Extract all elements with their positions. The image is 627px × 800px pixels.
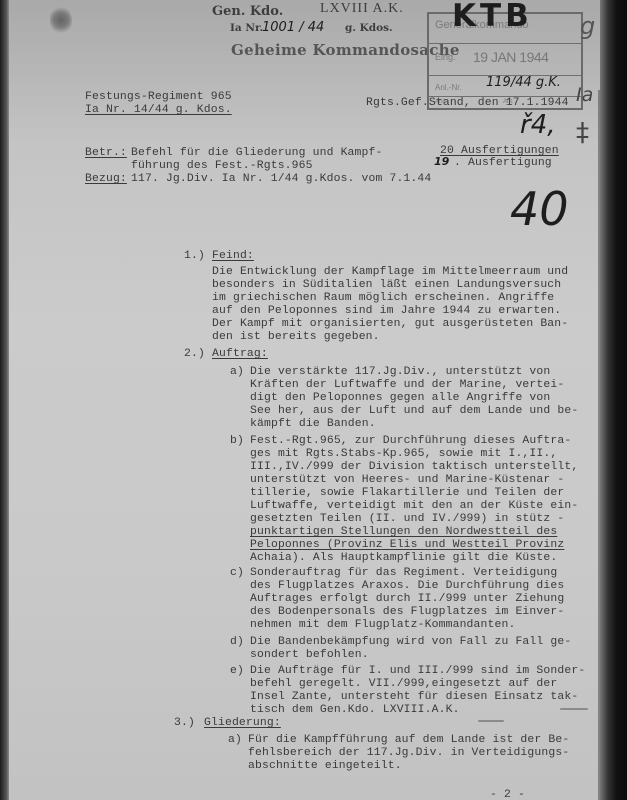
item-line: Die Aufträge für I. und III./999 sind im… xyxy=(250,665,585,678)
section-2-number: 2.) xyxy=(184,348,205,361)
item-line: Insel Zante, untersteht für diesen Einsa… xyxy=(250,691,578,704)
item-line: ges mit Rgts.Stabs-Kp.965, sowie mit I.,… xyxy=(250,448,557,461)
page-count-mark: 40 xyxy=(510,182,569,236)
item-line: Kräften der Luftwaffe und der Marine, ve… xyxy=(250,379,564,392)
item-letter: a) xyxy=(228,734,242,747)
item-line: unterstützt von Heeres- und Marine-Küste… xyxy=(250,474,564,487)
ref-suffix: g. Kdos. xyxy=(345,22,393,34)
betr-line1: Befehl für die Gliederung und Kampf- xyxy=(131,147,382,160)
page-number: - 2 - xyxy=(490,789,525,800)
item-line: Peloponnes (Provinz Elis und Westteil Pr… xyxy=(250,539,564,552)
item-line: Die Bandenbekämpfung wird von Fall zu Fa… xyxy=(250,636,571,649)
paraph-mark: ř4, xyxy=(520,110,556,140)
stamp-date-label: Eing. xyxy=(435,52,456,62)
scan-edge xyxy=(600,0,627,800)
copy-number-handwritten: 19 xyxy=(434,155,449,168)
ref-prefix: Ia Nr. xyxy=(230,22,263,34)
item-line: Für die Kampfführung auf dem Lande ist d… xyxy=(248,734,569,747)
item-line: Sonderauftrag für das Regiment. Verteidi… xyxy=(250,567,557,580)
section-1-line: Der Kampf mit organisierten, gut ausgerü… xyxy=(212,318,568,331)
item-line: See her, aus der Luft und auf dem Lande … xyxy=(250,405,578,418)
item-letter: b) xyxy=(230,435,244,448)
item-line: Die verstärkte 117.Jg.Div., unterstützt … xyxy=(250,366,550,379)
section-1-title: Feind: xyxy=(212,250,254,263)
item-line: kämpft die Banden. xyxy=(250,418,376,431)
betr-label: Betr.: xyxy=(85,147,127,160)
ink-smudge xyxy=(560,708,588,710)
item-line: digt den Peloponnes gegen alle Angriffe … xyxy=(250,392,550,405)
item-line: des Flugplatzes Araxos. Die Durchführung… xyxy=(250,580,564,593)
betr-line2: führung des Fest.-Rgts.965 xyxy=(131,160,313,173)
section-1-line: Die Entwicklung der Kampflage im Mittelm… xyxy=(212,266,568,279)
section-3-number: 3.) xyxy=(174,717,195,730)
item-line: des Bodenpersonals des Flugplatzes im Ei… xyxy=(250,606,564,619)
place-date: Rgts.Gef.Stand, den 17.1.1944 xyxy=(366,97,569,110)
corps-designation: LXVIII A.K. xyxy=(320,1,404,17)
stamp-number-handwritten: 119/44 g.K. xyxy=(486,75,561,90)
section-1-line: im griechischen Raum möglich erscheinen.… xyxy=(212,292,554,305)
section-1-line: den ist bereits gegeben. xyxy=(212,331,380,344)
classification-stamp: Geheime Kommandosache xyxy=(231,41,460,59)
item-line: Luftwaffe, verteidigt mit den an der Küs… xyxy=(250,500,578,513)
item-letter: d) xyxy=(230,636,244,649)
item-line: Fest.-Rgt.965, zur Durchführung dieses A… xyxy=(250,435,571,448)
stamp-number-label: Anl.-Nr. xyxy=(435,83,462,92)
item-letter: e) xyxy=(230,665,244,678)
cross-mark: ‡ xyxy=(576,118,589,148)
item-line: fehlsbereich der 117.Jg.Div. in Verteidi… xyxy=(248,747,569,760)
item-line: III.,IV./999 der Division taktisch unter… xyxy=(250,461,578,474)
command-label: Gen. Kdo. xyxy=(212,4,283,19)
ink-blot xyxy=(50,5,72,35)
section-2-title: Auftrag: xyxy=(212,348,268,361)
item-letter: a) xyxy=(230,366,244,379)
initial-mark: g xyxy=(580,12,595,40)
ktb-mark: KTB xyxy=(452,0,533,34)
item-line: punktartigen Stellungen den Nordwestteil… xyxy=(250,526,557,539)
item-line: abschnitte eingeteilt. xyxy=(248,760,402,773)
stamp-date: 19 JAN 1944 xyxy=(473,49,548,65)
ink-smudge xyxy=(478,720,504,722)
sender-ref: Ia Nr. 14/44 g. Kdos. xyxy=(85,104,232,117)
section-1-line: auf den Peloponnes sind im Jahre 1944 zu… xyxy=(212,305,561,318)
item-line: befehl geregelt. VII./999,eingesetzt auf… xyxy=(250,678,557,691)
item-line: tisch dem Gen.Kdo. LXVIII.A.K. xyxy=(250,704,460,717)
item-line: tillerie, sowie Flakartillerie und Teile… xyxy=(250,487,564,500)
copy-label: . Ausfertigung xyxy=(454,157,552,170)
section-1-line: besonders in Süditalien läßt einen Landu… xyxy=(212,279,561,292)
item-letter: c) xyxy=(230,567,244,580)
item-line: sondert befohlen. xyxy=(250,649,369,662)
item-line: gesetzten Teilen (II. und IV./999) in st… xyxy=(250,513,564,526)
bezug-text: 117. Jg.Div. Ia Nr. 1/44 g.Kdos. vom 7.1… xyxy=(131,173,431,186)
item-line: Auftrages erfolgt durch II./999 unter Zi… xyxy=(250,593,564,606)
item-line: nehmen mit dem Flugplatz-Kommandanten. xyxy=(250,619,515,632)
section-1-number: 1.) xyxy=(184,250,205,263)
bezug-label: Bezug: xyxy=(85,173,127,186)
sender-unit: Festungs-Regiment 965 xyxy=(85,91,232,104)
ia-mark: Ia xyxy=(576,84,593,106)
ref-number-handwritten: 1001 / 44 xyxy=(262,20,324,35)
section-3-title: Gliederung: xyxy=(204,717,281,730)
document-page: Gen. Kdo. LXVIII A.K. Ia Nr. 1001 / 44 g… xyxy=(0,0,612,800)
item-line: Achaia). Als Hauptkampflinie gilt die Kü… xyxy=(250,552,557,565)
